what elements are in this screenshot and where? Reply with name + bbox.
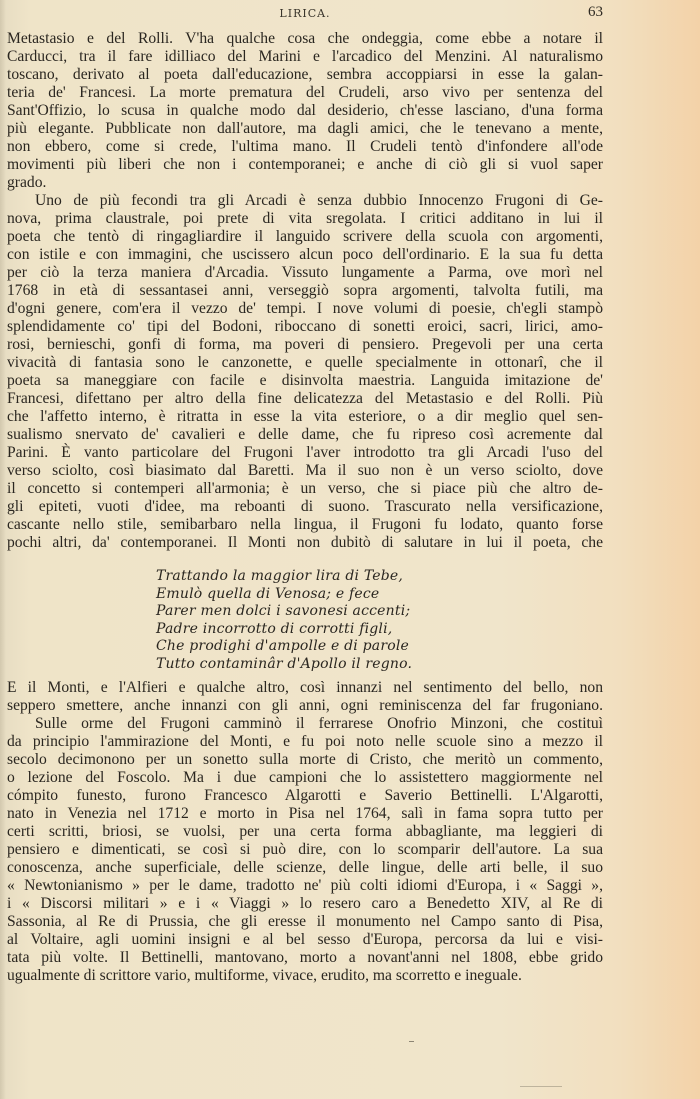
text-line: vivacità di fantasia sono le canzonette,… xyxy=(7,354,603,372)
text-line: cómpito funesto, furono Francesco Algaro… xyxy=(7,787,603,805)
text-line: Sulle orme del Frugoni camminò il ferrar… xyxy=(35,715,603,733)
verse-line: Che prodighi d'ampolle e di parole xyxy=(156,638,409,656)
page-number: 63 xyxy=(588,4,603,21)
text-line: cascante nello stile, semibarbaro nella … xyxy=(7,516,603,534)
text-line: i « Discorsi militari » e i « Viaggi » l… xyxy=(7,895,603,913)
text-line: certi scritti, briosi, se vuolsi, per un… xyxy=(7,823,603,841)
text-line: 1768 in età di sessantasei anni, versegg… xyxy=(7,282,603,300)
text-line: Parini. È vanto particolare del Frugoni … xyxy=(7,444,603,462)
text-line: da principio l'ammirazione del Monti, e … xyxy=(7,733,603,751)
text-line: sualismo snervato de' cavalieri e delle … xyxy=(7,426,603,444)
text-line: nato in Venezia nel 1712 e morto in Pisa… xyxy=(7,805,603,823)
text-line: verso sciolto, così biasimato dal Barett… xyxy=(7,462,603,480)
text-line: tata più volte. Il Bettinelli, mantovano… xyxy=(7,949,603,967)
text-line: o lezione del Foscolo. Ma i due campioni… xyxy=(7,769,603,787)
running-head: LIRICA. xyxy=(7,7,603,20)
text-line: secolo decimonono per un sonetto sulla m… xyxy=(7,751,603,769)
text-line: pochi altri, da' contemporanei. Il Monti… xyxy=(7,534,603,552)
text-line: non ebbero, come si crede, l'ultima mano… xyxy=(7,138,603,156)
text-line: seppero smettere, anche innanzi con gli … xyxy=(7,697,603,715)
text-line: Uno de più fecondi tra gli Arcadi è senz… xyxy=(35,192,603,210)
text-line: teria de' Francesi. La morte prematura d… xyxy=(7,84,603,102)
text-line: più elegante. Pubblicate non dall'autore… xyxy=(7,120,603,138)
text-line: E il Monti, e l'Alfieri e qualche altro,… xyxy=(7,679,603,697)
text-line: rosi, bernieschi, gonfi di forma, ma pov… xyxy=(7,336,603,354)
text-line: con istile e con immagini, che uscissero… xyxy=(7,246,603,264)
book-page: LIRICA. 63 Metastasio e del Rolli. V'ha … xyxy=(0,0,700,1099)
text-line: per ciò la terza maniera d'Arcadia. Viss… xyxy=(7,264,603,282)
text-line: poeta che tentò di ringagliardire il lan… xyxy=(7,228,603,246)
text-line: poeta sa maneggiare con facile e disinvo… xyxy=(7,372,603,390)
text-line: Sassonia, al Re di Prussia, che gli eres… xyxy=(7,913,603,931)
text-line: « Newtonianismo » per le dame, tradotto … xyxy=(7,877,603,895)
text-line: il concetto si contemperi all'armonia; è… xyxy=(7,480,603,498)
text-line: nova, prima claustrale, poi prete di vit… xyxy=(7,210,603,228)
text-line: Francesi, difettano per altro della fine… xyxy=(7,390,603,408)
verse-line: Trattando la maggior lira di Tebe, xyxy=(156,568,403,586)
text-line: Metastasio e del Rolli. V'ha qualche cos… xyxy=(7,30,603,48)
text-line: al Voltaire, agli uomini insigni e al be… xyxy=(7,931,603,949)
text-line: pensiero e dimenticati, se così si può d… xyxy=(7,841,603,859)
text-line: splendidamente co' tipi del Bodoni, ribo… xyxy=(7,318,603,336)
text-line: d'ogni genere, com'era il vezzo de' temp… xyxy=(7,300,603,318)
text-line: che l'affetto interno, è ritratta in ess… xyxy=(7,408,603,426)
page-header: LIRICA. 63 xyxy=(7,4,603,24)
text-line: conoscenza, anche superficiale, delle sc… xyxy=(7,859,603,877)
text-line: Sant'Offizio, lo scusa in qualche modo d… xyxy=(7,102,603,120)
text-line: Carducci, tra il fare idilliaco del Mari… xyxy=(7,48,603,66)
text-line: ugualmente di scrittore vario, multiform… xyxy=(7,967,603,985)
verse-line: Padre incorrotto di corrotti figli, xyxy=(156,621,392,639)
text-line: toscano, derivato al poeta dall'educazio… xyxy=(7,66,603,84)
text-line: grado. xyxy=(7,174,603,192)
print-speck xyxy=(520,1086,562,1087)
print-speck xyxy=(409,1041,414,1042)
verse-line: Emulò quella di Venosa; e fece xyxy=(156,586,379,604)
page-gutter-shadow xyxy=(0,0,6,1099)
verse-line: Parer men dolci i savonesi accenti; xyxy=(156,603,410,621)
verse-line: Tutto contaminâr d'Apollo il regno. xyxy=(156,656,412,674)
text-line: movimenti più liberi che non i contempor… xyxy=(7,156,603,174)
text-line: gli epiteti, vuoti d'idee, ma reboanti d… xyxy=(7,498,603,516)
